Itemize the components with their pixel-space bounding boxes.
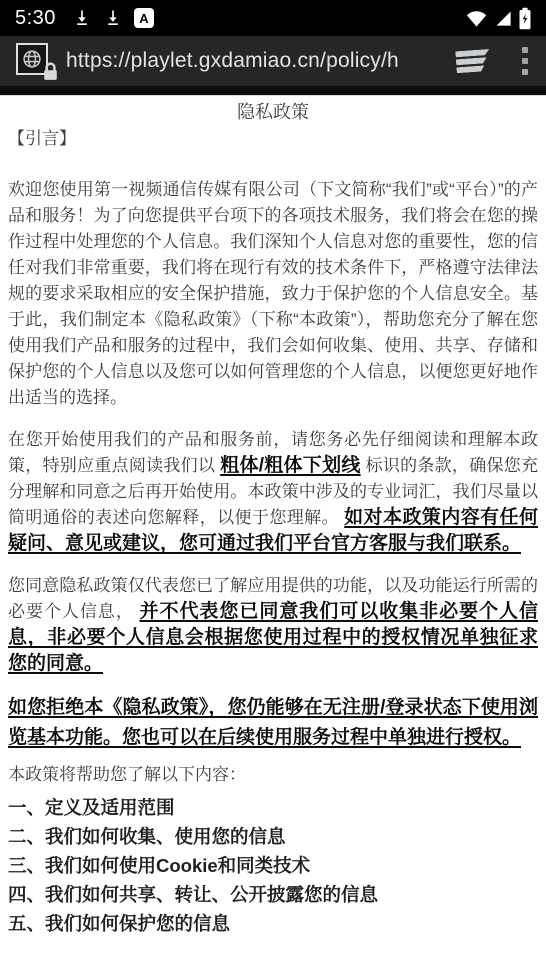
read-carefully-paragraph: 在您开始使用我们的产品和服务前，请您务必先仔细阅读和理解本政策，特别应重点阅读我… xyxy=(8,427,538,557)
welcome-paragraph: 欢迎您使用第一视频通信传媒有限公司（下文简称“我们”或“平台）”的产品和服务！为… xyxy=(8,177,538,411)
browser-toolbar: https://playlet.gxdamiao.cn/policy/h xyxy=(0,36,546,86)
toc-item: 二、我们如何收集、使用您的信息 xyxy=(8,822,538,851)
download-icon xyxy=(72,8,92,28)
android-browser-screen: 5:30 A xyxy=(0,0,546,972)
refuse-policy-paragraph: 如您拒绝本《隐私政策》，您仍能够在无注册/登录状态下使用浏览基本功能。您也可以在… xyxy=(8,693,538,753)
toc-item: 五、我们如何保护您的信息 xyxy=(8,909,538,938)
intro-section-label: 【引言】 xyxy=(8,128,538,150)
toc-lead: 本政策将帮助您了解以下内容： xyxy=(8,762,538,788)
toolbar-bottom-strip xyxy=(0,86,546,96)
address-bar[interactable]: https://playlet.gxdamiao.cn/policy/h xyxy=(66,49,446,73)
status-time: 5:30 xyxy=(15,7,56,30)
https-lock-icon xyxy=(40,61,61,87)
menu-dot-icon xyxy=(522,47,528,53)
page-title: 隐私政策 xyxy=(8,101,538,123)
download-icon xyxy=(103,8,123,28)
consent-scope-paragraph: 您同意隐私政策仅代表您已了解应用提供的功能，以及功能运行所需的必要个人信息， 并… xyxy=(8,573,538,677)
wifi-icon xyxy=(465,8,488,28)
policy-paragraphs: 欢迎您使用第一视频通信传媒有限公司（下文简称“我们”或“平台）”的产品和服务！为… xyxy=(8,177,538,788)
policy-toc: 一、定义及适用范围二、我们如何收集、使用您的信息三、我们如何使用Cookie和同… xyxy=(8,793,538,938)
toc-item: 三、我们如何使用Cookie和同类技术 xyxy=(8,851,538,880)
toc-item: 一、定义及适用范围 xyxy=(8,793,538,822)
status-bar: 5:30 A xyxy=(0,0,546,36)
policy-page-content: 隐私政策 【引言】 欢迎您使用第一视频通信传媒有限公司（下文简称“我们”或“平台… xyxy=(0,96,546,971)
cellular-signal-icon xyxy=(494,9,513,28)
tab-switcher-button[interactable] xyxy=(455,44,495,79)
overflow-menu-button[interactable] xyxy=(520,43,530,79)
site-info-button[interactable] xyxy=(16,43,52,79)
tab-stack-icon xyxy=(455,49,489,57)
battery-charging-icon xyxy=(519,7,531,30)
letter-a-badge: A xyxy=(134,8,154,28)
toc-item: 四、我们如何共享、转让、公开披露您的信息 xyxy=(8,880,538,909)
